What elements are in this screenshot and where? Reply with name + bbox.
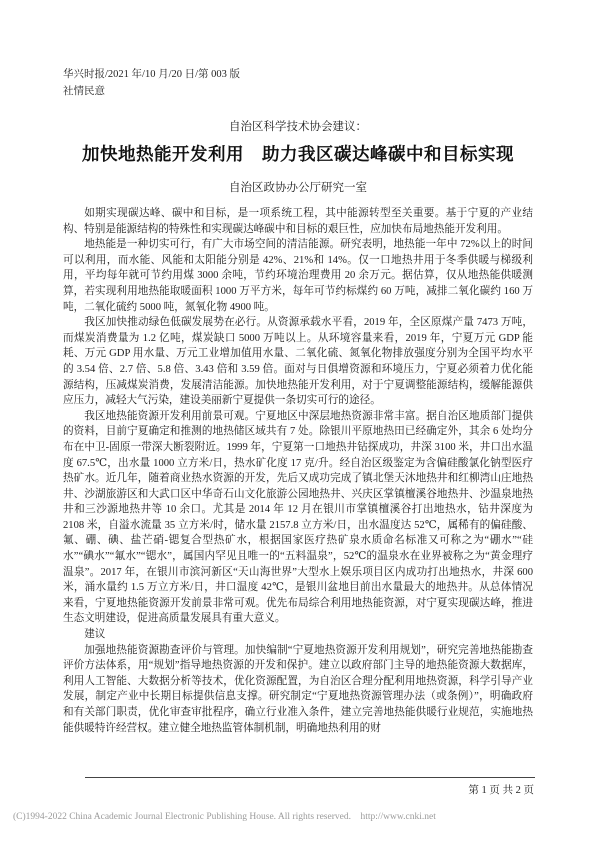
body-paragraph: 我区地热能资源开发利用前景可观。宁夏地区中深层地热资源非常丰富。据自治区地质部门… [63,409,533,627]
publication-info: 华兴时报/2021 年/10 月/20 日/第 003 版 [63,66,240,83]
page-indicator: 第 1 页 共 2 页 [468,782,534,797]
body-paragraph: 如期实现碳达峰、碳中和目标，是一项系统工程，其中能源转型至关重要。基于宁夏的产业… [63,206,533,237]
body-paragraph: 地热能是一种切实可行，有广大市场空间的清洁能源。研究表明，地热能一年中 72%以… [63,237,533,315]
article-title: 加快地热能开发利用 助力我区碳达峰碳中和目标实现 [0,141,596,166]
article-body: 如期实现碳达峰、碳中和目标，是一项系统工程，其中能源转型至关重要。基于宁夏的产业… [63,206,533,736]
body-paragraph: 加强地热能资源勘查评价与管理。加快编制“宁夏地热资源开发利用规划”，研究完善地热… [63,643,533,737]
footer-divider [85,777,535,778]
article-author: 自治区政协办公厅研究一室 [0,179,596,195]
document-page: 华兴时报/2021 年/10 月/20 日/第 003 版 社情民意 自治区科学… [0,0,596,842]
body-paragraph: 我区加快推动绿色低碳发展势在必行。从资源承载水平看，2019 年，全区原煤产量 … [63,315,533,409]
body-paragraph-heading: 建议 [63,627,533,643]
section-name: 社情民意 [63,83,240,100]
copyright-notice: (C)1994-2022 China Academic Journal Elec… [13,812,436,822]
article-subtitle: 自治区科学技术协会建议： [0,118,596,134]
document-header: 华兴时报/2021 年/10 月/20 日/第 003 版 社情民意 [63,66,240,100]
